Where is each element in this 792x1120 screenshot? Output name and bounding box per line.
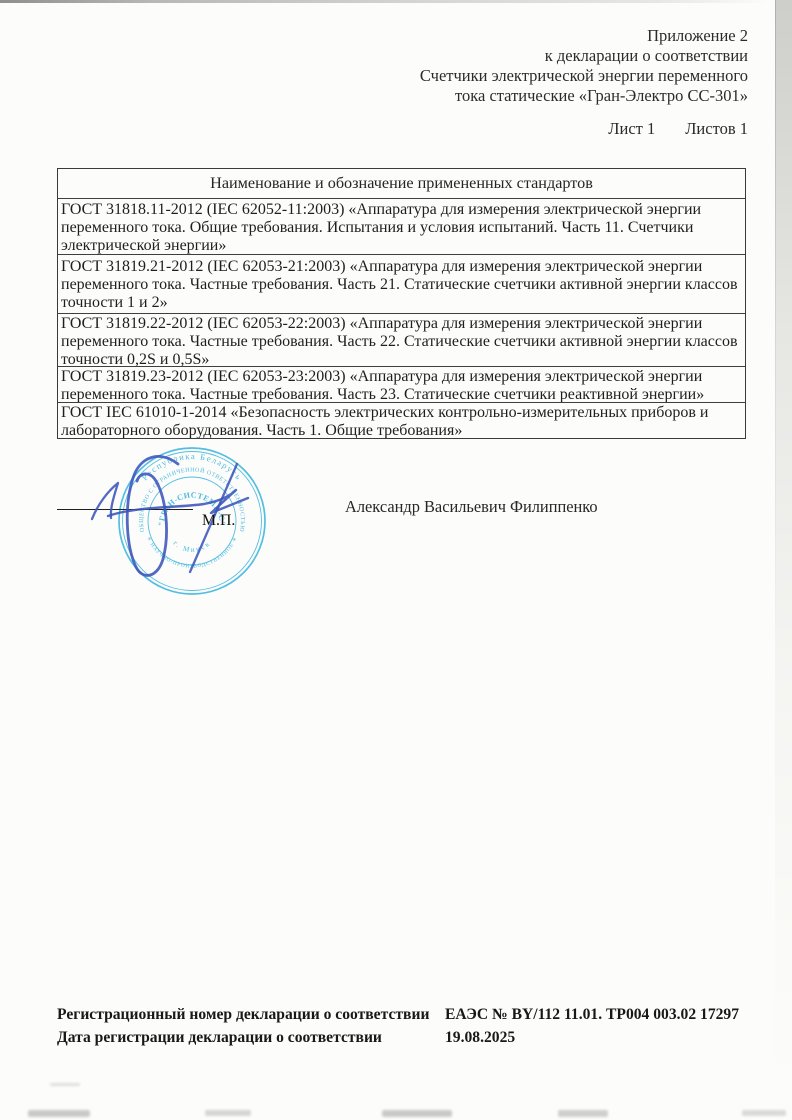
sheet-counter: Лист 1Листов 1 — [608, 119, 748, 139]
scan-edge-top — [0, 0, 770, 3]
appendix-subtitle: к декларации о соответствии — [420, 46, 748, 66]
registration-date-row: Дата регистрации декларации о соответств… — [57, 1026, 757, 1049]
product-name-line-2: тока статические «Гран-Электро СС-301» — [420, 86, 748, 106]
standard-row-3: ГОСТ 31819.22-2012 (IEC 62053-22:2003) «… — [58, 313, 745, 366]
standard-row-1: ГОСТ 31818.11-2012 (IEC 62052-11:2003) «… — [58, 198, 745, 254]
registration-date-label: Дата регистрации декларации о соответств… — [57, 1026, 445, 1049]
scan-edge-right — [775, 0, 792, 1120]
standard-row-2: ГОСТ 31819.21-2012 (IEC 62053-21:2003) «… — [58, 254, 745, 313]
registration-date-value: 19.08.2025 — [445, 1026, 757, 1049]
signature-ink — [80, 448, 270, 593]
registration-number-value: ЕАЭС № BY/112 11.01. ТР004 003.02 17297 — [445, 1003, 757, 1026]
bleed-smudge — [382, 1110, 452, 1117]
registration-footer: Регистрационный номер декларации о соотв… — [57, 1003, 757, 1049]
bleed-smudge — [558, 1110, 608, 1117]
bleed-smudge — [205, 1110, 251, 1116]
appendix-title: Приложение 2 — [420, 26, 748, 46]
stamp-place-label: М.П. — [202, 512, 235, 530]
standard-row-4: ГОСТ 31819.23-2012 (IEC 62053-23:2003) «… — [58, 366, 745, 402]
standards-table: Наименование и обозначение примененных с… — [57, 168, 746, 439]
sheets-total: Листов 1 — [685, 119, 748, 138]
bleed-smudge — [50, 1083, 80, 1086]
standard-row-5: ГОСТ IEC 61010-1-2014 «Безопасность элек… — [58, 402, 745, 438]
product-name-line-1: Счетчики электрической энергии переменно… — [420, 66, 748, 86]
sheet-number: Лист 1 — [608, 119, 655, 138]
bleed-smudge — [28, 1110, 90, 1117]
registration-number-label: Регистрационный номер декларации о соотв… — [57, 1003, 445, 1026]
scan-edge-right-line — [775, 0, 776, 640]
signer-name: Александр Васильевич Филиппенко — [345, 497, 598, 517]
scanned-declaration-page: Приложение 2 к декларации о соответствии… — [0, 0, 792, 1120]
registration-number-row: Регистрационный номер декларации о соотв… — [57, 1003, 757, 1026]
appendix-header: Приложение 2 к декларации о соответствии… — [420, 26, 748, 106]
table-caption: Наименование и обозначение примененных с… — [58, 169, 745, 198]
signature-stroke-loop — [127, 456, 178, 575]
bleed-smudge — [742, 1110, 786, 1116]
